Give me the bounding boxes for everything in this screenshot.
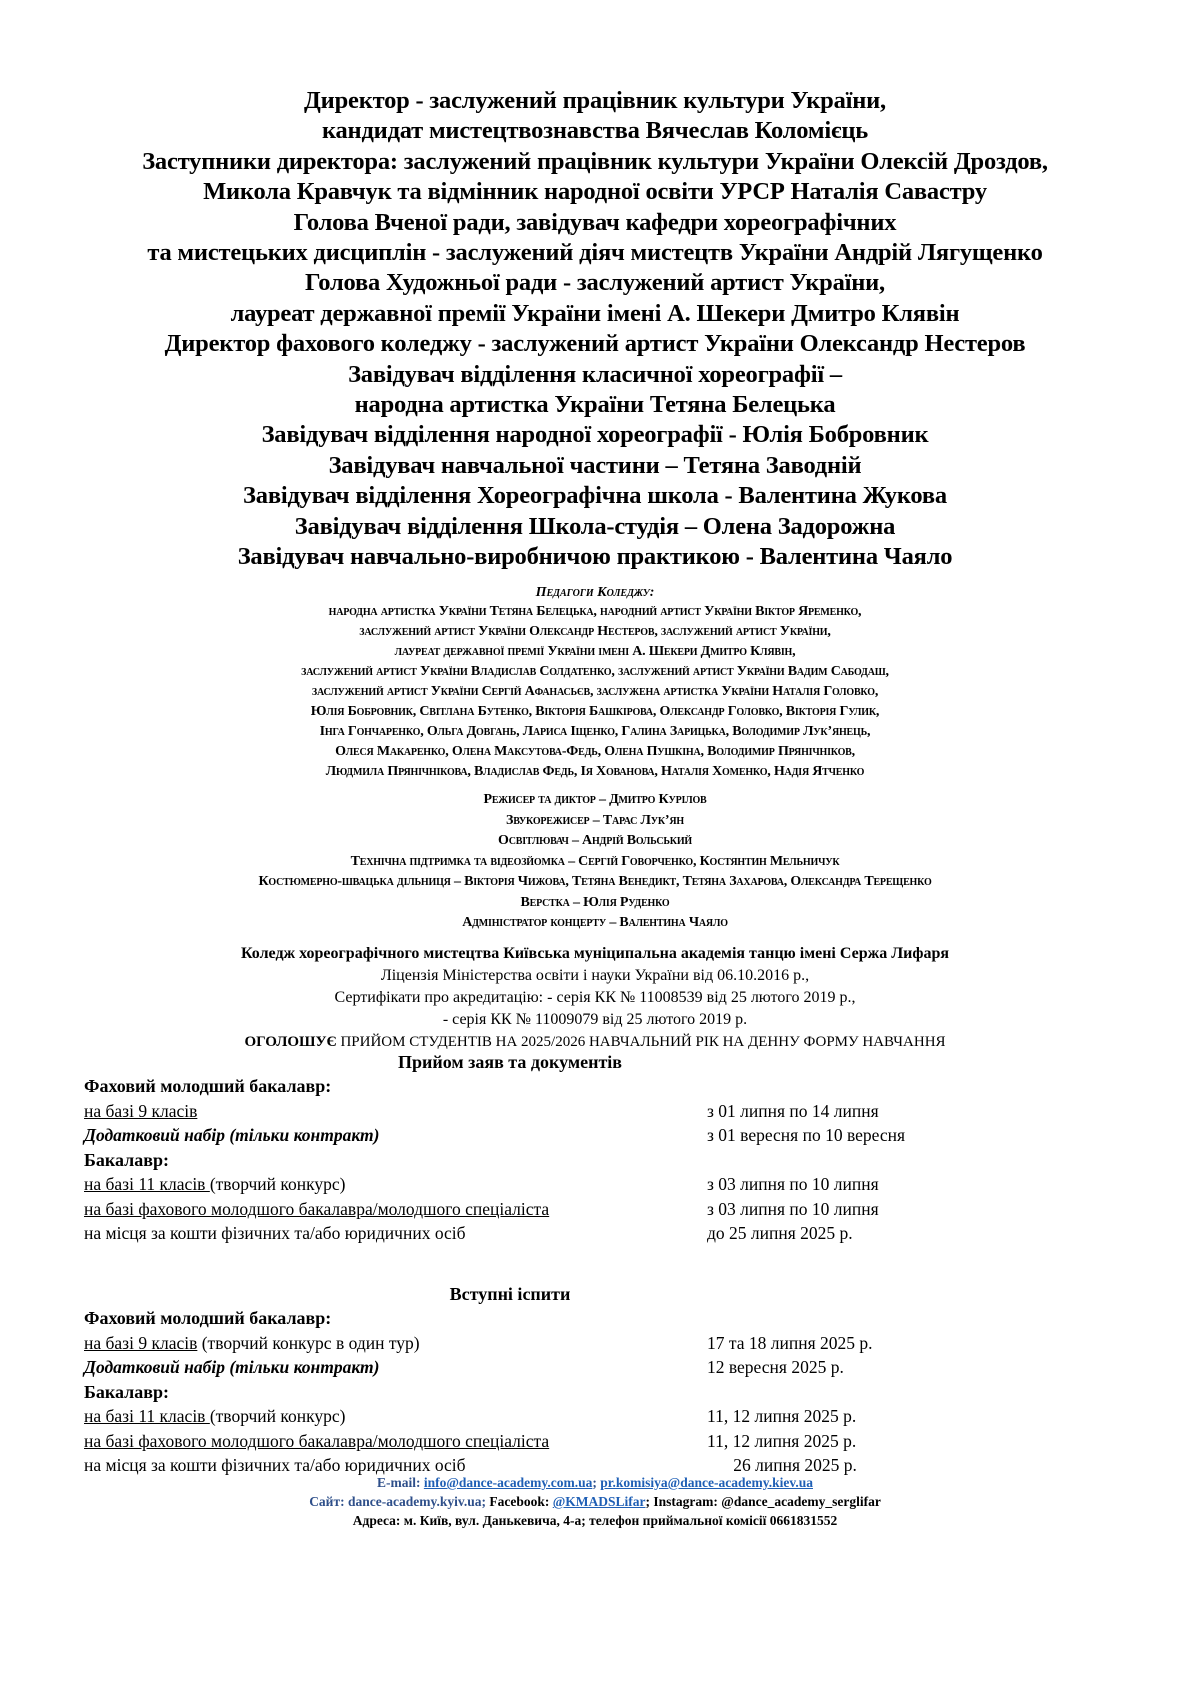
row-label: на базі 11 класів xyxy=(84,1406,210,1426)
applications-title: Прийом заяв та документів xyxy=(0,1050,1020,1074)
leadership-line: Завідувач навчальної частини – Тетяна За… xyxy=(0,451,1190,481)
row-date: з 03 липня по 10 липня xyxy=(707,1197,984,1222)
leadership-line: кандидат мистецтвознавства Вячеслав Коло… xyxy=(0,116,1190,146)
instagram-text: ; Instagram: @dance_academy_serglifar xyxy=(646,1494,881,1509)
leadership-line: Голова Вченої ради, завідувач кафедри хо… xyxy=(0,208,1190,238)
leadership-block: Директор - заслужений працівник культури… xyxy=(0,86,1190,573)
contacts-block: E-mail: info@dance-academy.com.ua; pr.ko… xyxy=(0,1473,1190,1530)
row-date: до 25 липня 2025 р. xyxy=(707,1221,984,1246)
crew-line: Звукорежисер – Тарас Лук’ян xyxy=(0,811,1190,832)
crew-line: Режисер та диктор – Дмитро Курілов xyxy=(0,790,1190,811)
teachers-line: Юлія Бобровник, Світлана Бутенко, Віктор… xyxy=(0,702,1190,722)
teachers-line: Людмила Прянічнікова, Владислав Федь, Ія… xyxy=(0,762,1190,782)
leadership-line: Завідувач відділення Хореографічна школа… xyxy=(0,481,1190,511)
license-text: Ліцензія Міністерства освіти і науки Укр… xyxy=(0,965,1190,987)
leadership-line: Микола Кравчук та відмінник народної осв… xyxy=(0,177,1190,207)
leadership-line: народна артистка України Тетяна Белецька xyxy=(0,390,1190,420)
crew-line: Технічна підтримка та відеозйомка – Серг… xyxy=(0,852,1190,873)
schedule-row: на базі фахового молодшого бакалавра/мол… xyxy=(84,1429,984,1454)
crew-line: Верстка – Юлія Руденко xyxy=(0,893,1190,914)
email-label: E-mail: xyxy=(377,1475,424,1490)
teachers-line: народна артистка України Тетяна Белецька… xyxy=(0,602,1190,622)
exams-schedule: Вступні іспити Фаховий молодший бакалавр… xyxy=(84,1282,984,1478)
junior-bachelor-title: Фаховий молодший бакалавр: xyxy=(84,1074,984,1099)
email-link-commission[interactable]: pr.komisiya@dance-academy.kiev.ua xyxy=(600,1475,813,1490)
college-name: Коледж хореографічного мистецтва Київськ… xyxy=(0,943,1190,965)
leadership-line: та мистецьких дисциплін - заслужений дія… xyxy=(0,238,1190,268)
schedule-row: на базі 9 класів з 01 липня по 14 липня xyxy=(84,1099,984,1124)
schedule-row: Додатковий набір (тільки контракт) 12 ве… xyxy=(84,1355,984,1380)
site-label: Сайт: dance-academy.kyiv.ua; xyxy=(309,1494,489,1509)
leadership-line: Завідувач відділення Школа-студія – Олен… xyxy=(0,512,1190,542)
crew-line: Адміністратор концерту – Валентина Чаяло xyxy=(0,913,1190,934)
email-link-info[interactable]: info@dance-academy.com.ua xyxy=(424,1475,593,1490)
facebook-link[interactable]: @KMADSLifar xyxy=(553,1494,646,1509)
college-info: Коледж хореографічного мистецтва Київськ… xyxy=(0,943,1190,1053)
row-label: Додатковий набір (тільки контракт) xyxy=(84,1125,379,1145)
row-label: на базі фахового молодшого бакалавра/мол… xyxy=(84,1431,549,1451)
schedule-row: на місця за кошти фізичних та/або юридич… xyxy=(84,1221,984,1246)
schedule-row: на базі 11 класів (творчий конкурс) 11, … xyxy=(84,1404,984,1429)
junior-bachelor-title: Фаховий молодший бакалавр: xyxy=(84,1306,984,1331)
crew-line: Освітлювач – Андрій Вольський xyxy=(0,831,1190,852)
leadership-line: Голова Художньої ради - заслужений артис… xyxy=(0,268,1190,298)
exams-title: Вступні іспити xyxy=(0,1282,1020,1306)
bachelor-title: Бакалавр: xyxy=(84,1148,984,1173)
schedule-row: на базі 9 класів (творчий конкурс в один… xyxy=(84,1331,984,1356)
crew-line: Костюмерно-швацька дільниця – Вікторія Ч… xyxy=(0,872,1190,893)
row-label: Додатковий набір (тільки контракт) xyxy=(84,1357,379,1377)
leadership-line: лауреат державної премії України імені А… xyxy=(0,299,1190,329)
teachers-line: заслужений артист України Олександр Нест… xyxy=(0,622,1190,642)
teachers-title: Педагоги Коледжу: xyxy=(0,584,1190,602)
crew-block: Режисер та диктор – Дмитро Курілов Звуко… xyxy=(0,790,1190,934)
row-date: 17 та 18 липня 2025 р. xyxy=(707,1331,984,1356)
row-label-rest: (творчий конкурс в один тур) xyxy=(197,1333,419,1353)
row-label: на базі 11 класів xyxy=(84,1174,210,1194)
leadership-line: Заступники директора: заслужений працівн… xyxy=(0,147,1190,177)
teachers-line: заслужений артист України Владислав Солд… xyxy=(0,662,1190,682)
schedule-row: Додатковий набір (тільки контракт) з 01 … xyxy=(84,1123,984,1148)
row-label-rest: (творчий конкурс) xyxy=(210,1406,346,1426)
row-date: з 03 липня по 10 липня xyxy=(707,1172,984,1197)
certificate-1: Сертифікати про акредитацію: - серія КК … xyxy=(0,987,1190,1009)
row-date: 11, 12 липня 2025 р. xyxy=(707,1429,984,1454)
announcement-rest: ПРИЙОМ СТУДЕНТІВ НА 2025/2026 НАВЧАЛЬНИЙ… xyxy=(337,1034,946,1050)
schedule-row: на базі 11 класів (творчий конкурс) з 03… xyxy=(84,1172,984,1197)
teachers-block: Педагоги Коледжу: народна артистка Украї… xyxy=(0,584,1190,782)
teachers-line: лауреат державної премії України імені А… xyxy=(0,642,1190,662)
certificate-2: - серія КК № 11009079 від 25 лютого 2019… xyxy=(0,1009,1190,1031)
row-label: на базі 9 класів xyxy=(84,1333,197,1353)
row-date: 12 вересня 2025 р. xyxy=(707,1355,984,1380)
teachers-line: заслужений артист України Сергій Афанась… xyxy=(0,682,1190,702)
row-label: на базі фахового молодшого бакалавра/мол… xyxy=(84,1199,549,1219)
leadership-line: Завідувач відділення народної хореографі… xyxy=(0,420,1190,450)
leadership-line: Завідувач відділення класичної хореограф… xyxy=(0,360,1190,390)
teachers-line: Інга Гончаренко, Ольга Довгань, Лариса І… xyxy=(0,722,1190,742)
applications-schedule: Прийом заяв та документів Фаховий молодш… xyxy=(84,1050,984,1246)
teachers-line: Олеся Макаренко, Олена Максутова-Федь, О… xyxy=(0,742,1190,762)
row-label-rest: на місця за кошти фізичних та/або юридич… xyxy=(84,1455,466,1475)
row-label-rest: на місця за кошти фізичних та/або юридич… xyxy=(84,1223,466,1243)
announcement-bold: ОГОЛОШУЄ xyxy=(244,1034,336,1050)
social-line: Сайт: dance-academy.kyiv.ua; Facebook: @… xyxy=(0,1492,1190,1511)
row-label-rest: (творчий конкурс) xyxy=(210,1174,346,1194)
facebook-label: Facebook: xyxy=(489,1494,552,1509)
address-line: Адреса: м. Київ, вул. Данькевича, 4-а; т… xyxy=(0,1511,1190,1530)
leadership-line: Завідувач навчально-виробничою практикою… xyxy=(0,542,1190,572)
row-label: на базі 9 класів xyxy=(84,1101,197,1121)
row-date: 11, 12 липня 2025 р. xyxy=(707,1404,984,1429)
leadership-line: Директор фахового коледжу - заслужений а… xyxy=(0,329,1190,359)
leadership-line: Директор - заслужений працівник культури… xyxy=(0,86,1190,116)
email-line: E-mail: info@dance-academy.com.ua; pr.ko… xyxy=(0,1473,1190,1492)
bachelor-title: Бакалавр: xyxy=(84,1380,984,1405)
row-date: з 01 вересня по 10 вересня xyxy=(707,1123,984,1148)
schedule-row: на базі фахового молодшого бакалавра/мол… xyxy=(84,1197,984,1222)
row-date: з 01 липня по 14 липня xyxy=(707,1099,984,1124)
